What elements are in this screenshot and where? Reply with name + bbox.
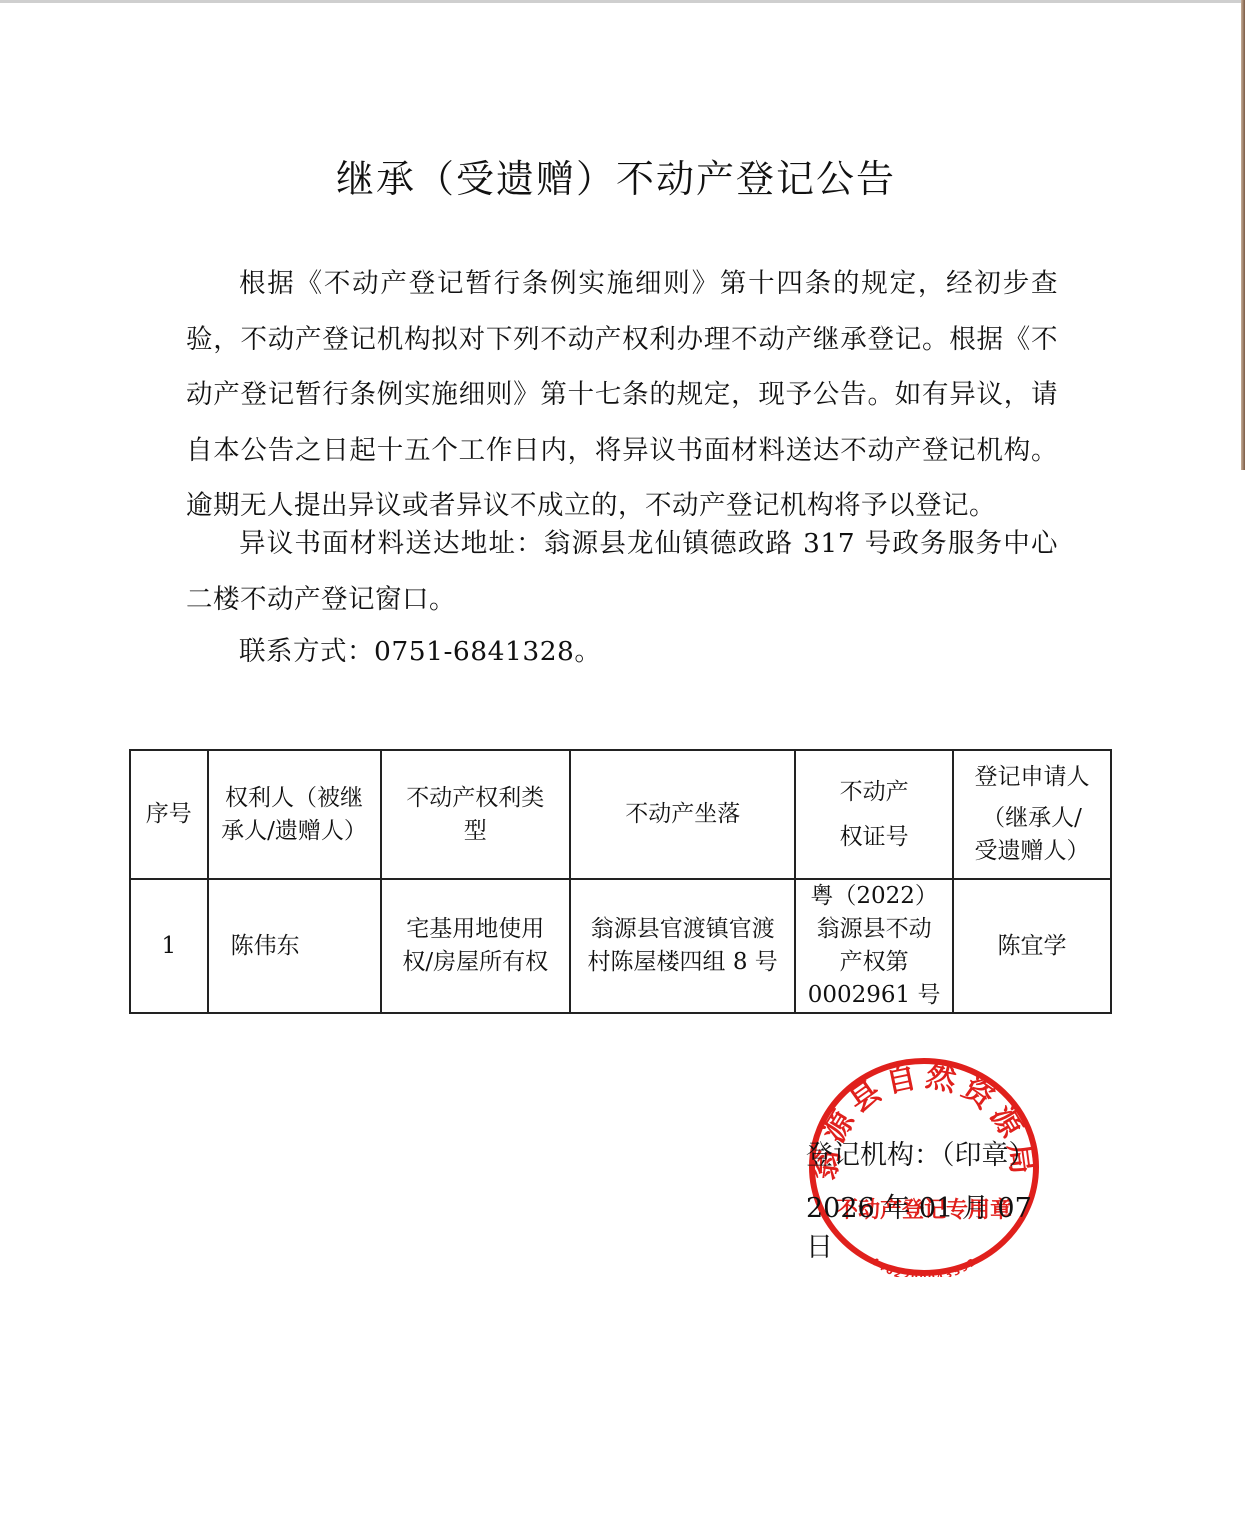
registration-table: 序号 权利人（被继 承人/遗赠人） 不动产权利类 型 不动产坐落 不动产 权证号…: [129, 749, 1112, 1014]
paragraph-text: 根据《不动产登记暂行条例实施细则》第十四条的规定，经初步查验，不动产登记机构拟对…: [186, 256, 1058, 534]
paragraph-text: 异议书面材料送达地址：翁源县龙仙镇德政路 317 号政务服务中心二楼不动产登记窗…: [186, 516, 1058, 627]
body-paragraph-notice: 根据《不动产登记暂行条例实施细则》第十四条的规定，经初步查验，不动产登记机构拟对…: [186, 256, 1058, 534]
header-holder: 权利人（被继 承人/遗赠人）: [208, 750, 381, 879]
cell-holder: 陈伟东: [208, 879, 381, 1013]
body-paragraph-contact: 联系方式：0751-6841328。: [186, 624, 1058, 680]
cell-right-type: 宅基用地使用 权/房屋所有权: [381, 879, 571, 1013]
table-row: 1 陈伟东 宅基用地使用 权/房屋所有权 翁源县官渡镇官渡 村陈屋楼四组 8 号…: [130, 879, 1111, 1013]
document-title: 继承（受遗赠）不动产登记公告: [0, 148, 1232, 203]
cell-location: 翁源县官渡镇官渡 村陈屋楼四组 8 号: [570, 879, 795, 1013]
header-applicant: 登记申请人 （继承人/ 受遗赠人）: [953, 750, 1111, 879]
paragraph-text: 联系方式：0751-6841328。: [186, 624, 1058, 680]
body-paragraph-address: 异议书面材料送达地址：翁源县龙仙镇德政路 317 号政务服务中心二楼不动产登记窗…: [186, 516, 1058, 627]
table-header-row: 序号 权利人（被继 承人/遗赠人） 不动产权利类 型 不动产坐落 不动产 权证号…: [130, 750, 1111, 879]
scan-right-edge: [1241, 0, 1245, 470]
header-index: 序号: [130, 750, 208, 879]
scan-top-edge: [0, 0, 1245, 3]
header-right-type: 不动产权利类 型: [381, 750, 571, 879]
notice-date: 2026 年 01 月 07 日: [806, 1186, 1066, 1264]
cell-applicant: 陈宜学: [953, 879, 1111, 1013]
header-certificate: 不动产 权证号: [795, 750, 953, 879]
header-location: 不动产坐落: [570, 750, 795, 879]
cell-certificate: 粤（2022） 翁源县不动 产权第 0002961 号: [795, 879, 953, 1013]
cell-index: 1: [130, 879, 208, 1013]
registration-authority-label: 登记机构：（印章）: [806, 1133, 1066, 1172]
